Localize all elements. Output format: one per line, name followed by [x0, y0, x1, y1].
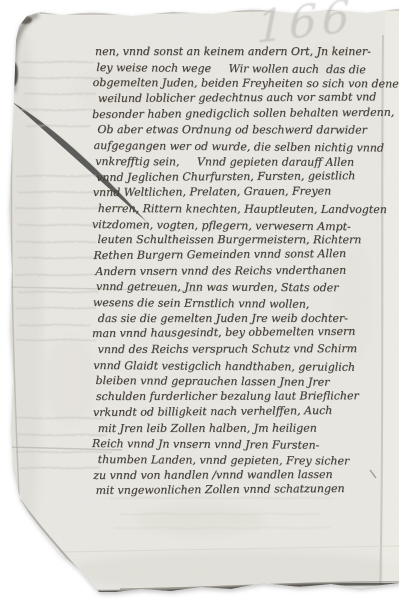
manuscript-line: herren, Rittern knechten, Hauptleuten, L…	[98, 201, 399, 218]
edge-blotch	[10, 62, 18, 86]
manuscript-line: Rethen Burgern Gemeinden vnnd sonst Alle…	[93, 246, 395, 264]
manuscript-line: vnnd Weltlichen, Prelaten, Grauen, Freye…	[93, 183, 395, 201]
manuscript-line: nen, vnnd sonst an keinem andern Ort, Jn…	[95, 44, 397, 60]
manuscript-line: besonder haben gnedigclich sollen behalt…	[92, 104, 394, 122]
manuscript-line: vrkundt od billigkeit nach verhelffen, A…	[93, 402, 395, 420]
manuscript-line: mit Jren leib Zollen halben, Jm heiligen	[98, 420, 399, 436]
manuscript-photo: 166 nen, vnnd sonst an keinem andern Ort…	[0, 0, 399, 600]
manuscript-line: vnnd getreuen, Jnn was wurden, Stats ode…	[96, 279, 398, 296]
edge-blotch	[18, 16, 32, 24]
manuscript-text-block: nen, vnnd sonst an keinem andern Ort, Jn…	[95, 44, 397, 499]
manuscript-line: mit vngewonlichen Zollen vnnd schatzunge…	[96, 481, 398, 499]
manuscript-line: vnnd des Reichs verspruch Schutz vnd Sch…	[98, 341, 399, 358]
bleedthrough-line	[18, 291, 98, 293]
manuscript-line: Ob aber etwas Ordnung od beschwerd darwi…	[97, 122, 399, 138]
manuscript-line: Andern vnsern vnnd des Reichs vnderthane…	[95, 262, 397, 279]
manuscript-line: man vnnd hausgesindt, bey obbemelten vns…	[92, 324, 394, 342]
